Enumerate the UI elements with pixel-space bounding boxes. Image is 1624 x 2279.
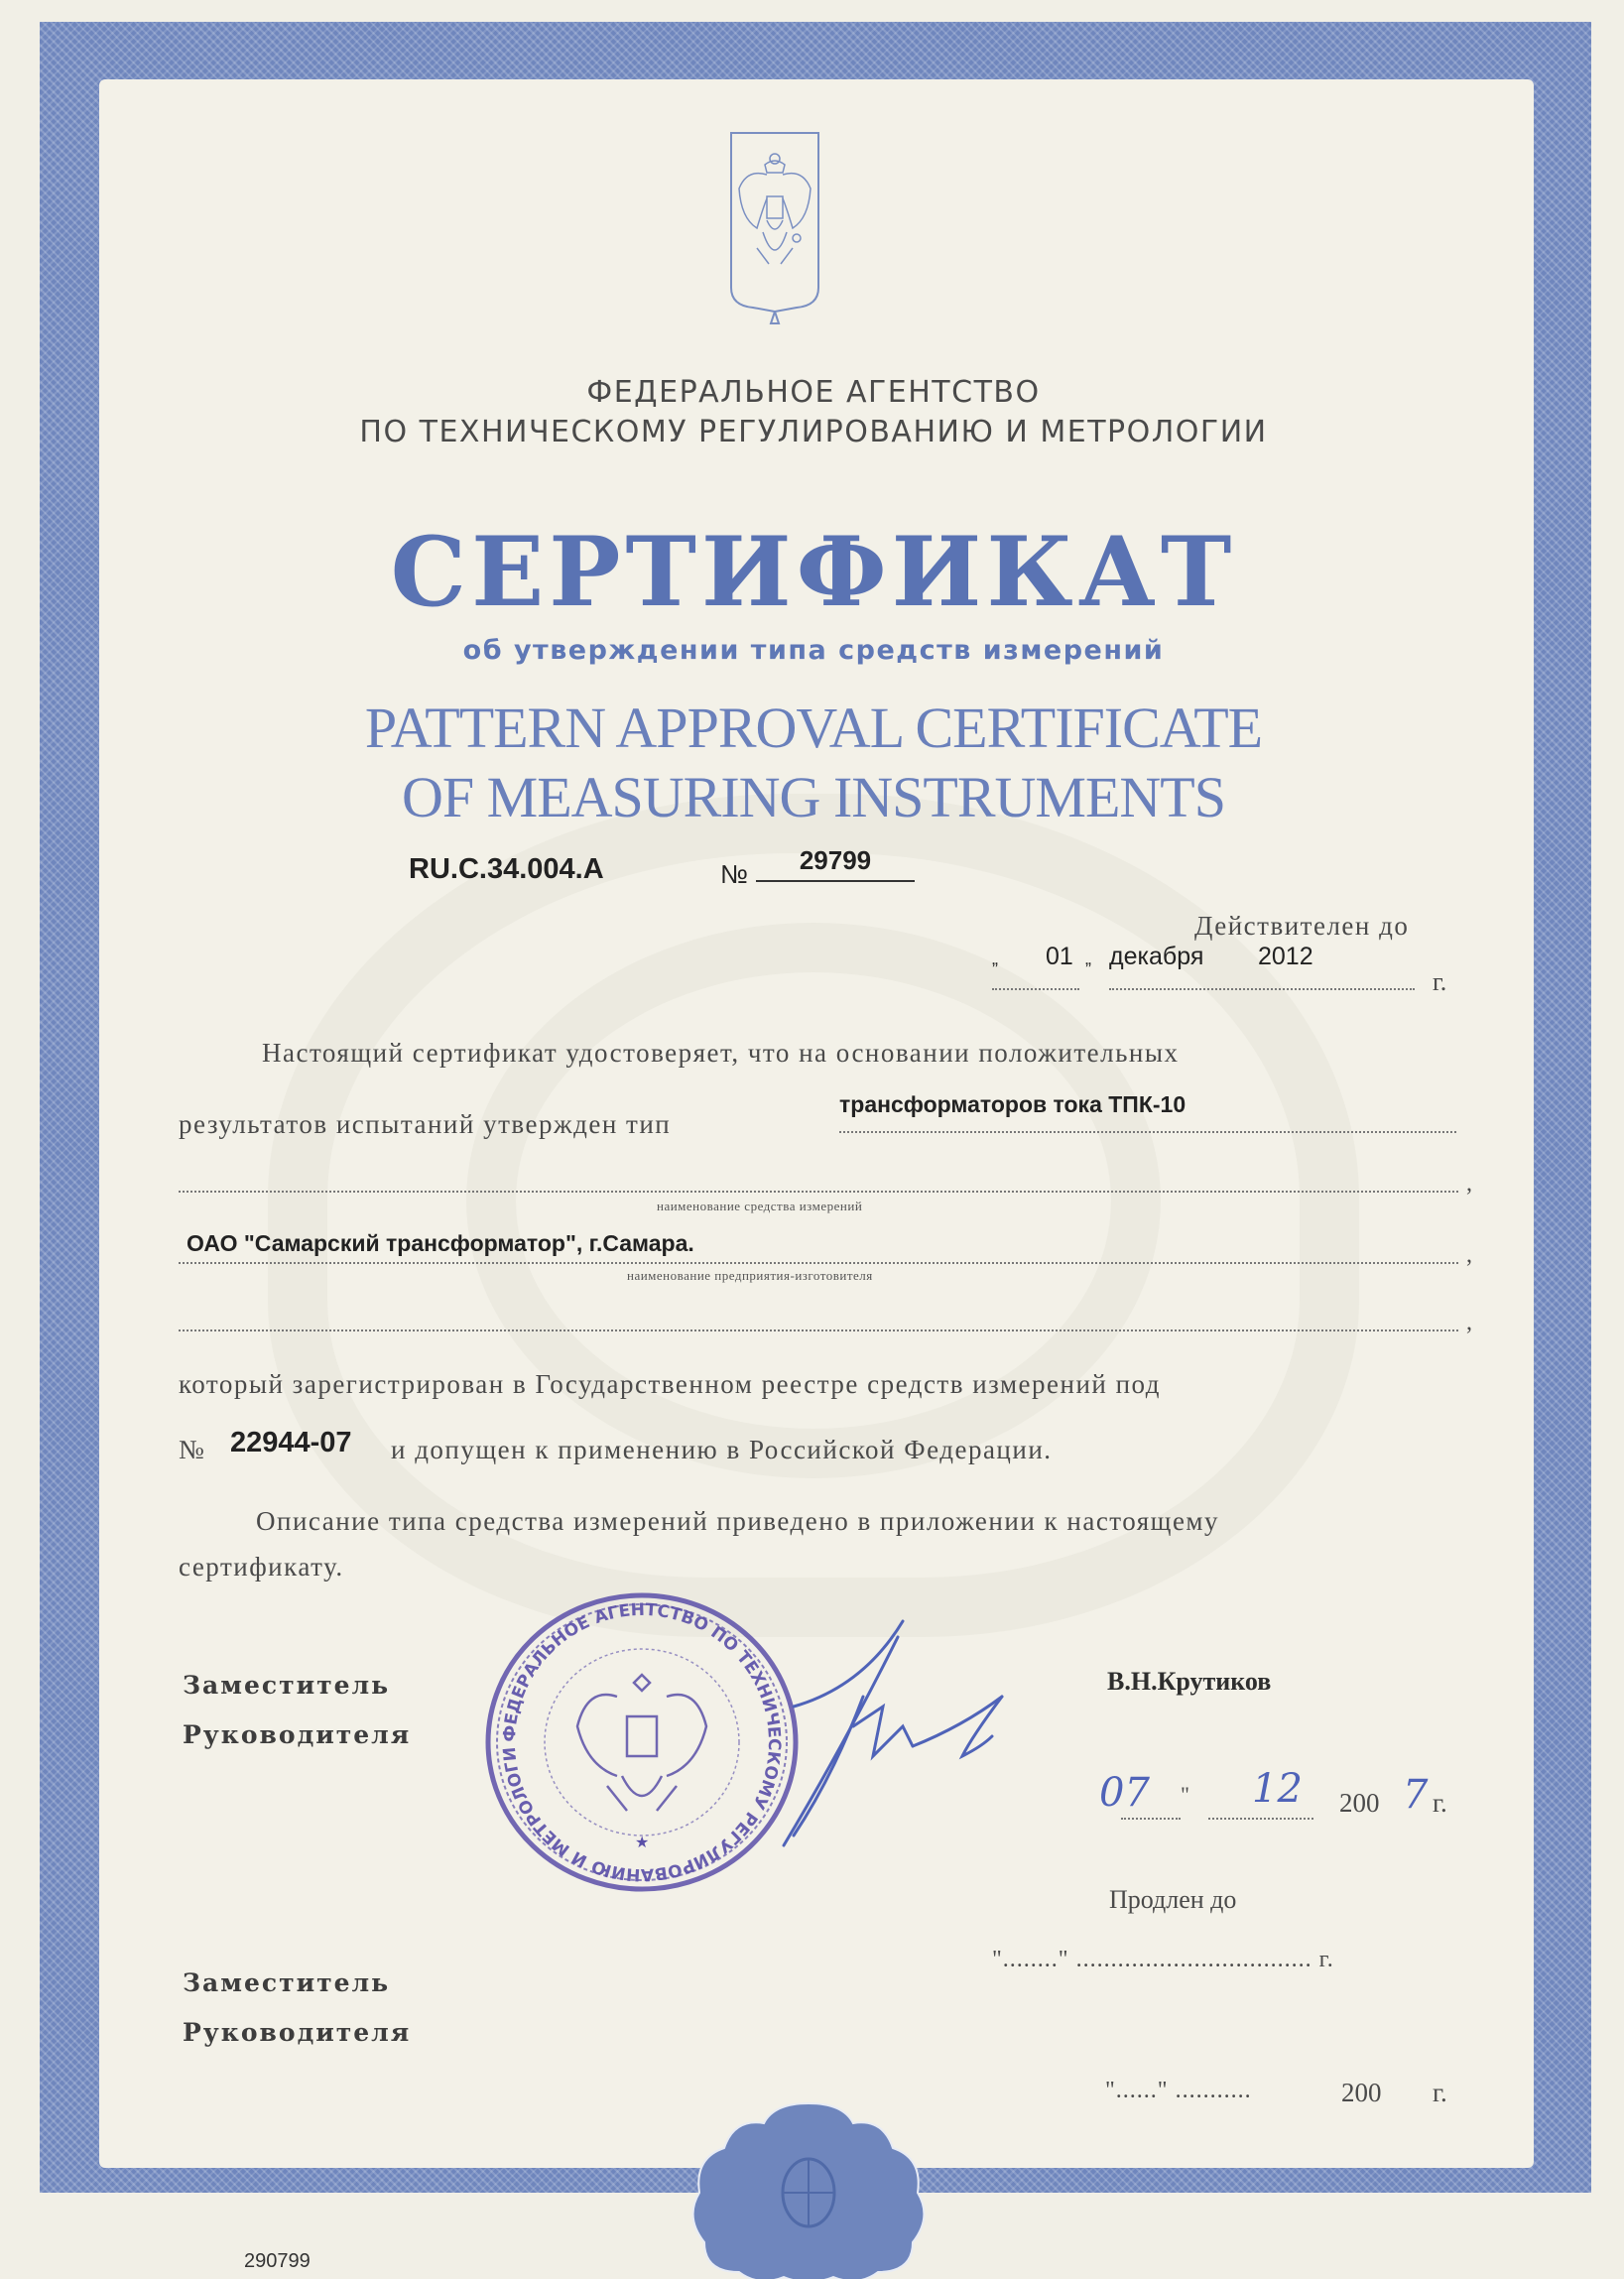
registry-line: который зарегистрирован в Государственно… bbox=[179, 1369, 1161, 1400]
instrument-dots-2 bbox=[179, 1191, 1458, 1193]
valid-close-quote: „ bbox=[1085, 949, 1091, 969]
valid-month: декабря bbox=[1109, 943, 1203, 971]
signed-month: 12 bbox=[1252, 1766, 1303, 1812]
signed-year-prefix: 200 bbox=[1339, 1788, 1380, 1819]
certificate-number: 29799 bbox=[756, 845, 915, 882]
agency-name-line1: ФЕДЕРАЛЬНОЕ АГЕНТСТВО bbox=[198, 375, 1429, 410]
number-sign: № bbox=[720, 859, 748, 890]
valid-until-label: Действителен до bbox=[1194, 911, 1409, 942]
signed-year-digit: 7 bbox=[1403, 1772, 1428, 1818]
russian-coat-of-arms-icon bbox=[727, 129, 822, 327]
signer-title-line2: Руководителя bbox=[183, 1720, 411, 1749]
manufacturer-name: ОАО "Самарский трансформатор", г.Самара. bbox=[187, 1230, 694, 1257]
valid-year: 2012 bbox=[1258, 943, 1313, 971]
body-line1: Настоящий сертификат удостоверяет, что н… bbox=[262, 1038, 1180, 1069]
manufacturer-caption: наименование предприятия-изготовителя bbox=[627, 1268, 873, 1284]
document-title: СЕРТИФИКАТ bbox=[198, 516, 1429, 628]
svg-text:★: ★ bbox=[635, 1833, 649, 1851]
handwritten-signature bbox=[774, 1587, 1071, 1865]
signed-day-quote: " bbox=[1181, 1782, 1189, 1808]
manufacturer-dots-2 bbox=[179, 1329, 1458, 1331]
valid-year-suffix: г. bbox=[1433, 967, 1446, 997]
signed-day: 07 bbox=[1099, 1770, 1150, 1816]
extended-until-label: Продлен до bbox=[1109, 1885, 1236, 1915]
official-stamp: ФЕДЕРАЛЬНОЕ АГЕНТСТВО ПО ТЕХНИЧЕСКОМУ РЕ… bbox=[478, 1587, 806, 1897]
instrument-name: трансформаторов тока ТПК-10 bbox=[839, 1091, 1186, 1118]
instrument-dots bbox=[839, 1131, 1456, 1133]
signer2-date-template: "......" ........... bbox=[1105, 2078, 1252, 2104]
signer2-title-line1: Заместитель bbox=[183, 1968, 390, 1997]
signer2-title-line2: Руководителя bbox=[183, 2018, 411, 2047]
extended-date-template: "........" .............................… bbox=[992, 1947, 1334, 1973]
valid-date-dots bbox=[1109, 988, 1415, 990]
document-subtitle: об утверждении типа средств измерений bbox=[198, 635, 1429, 666]
registry-number-sign: № bbox=[179, 1435, 204, 1465]
signer-name: В.Н.Крутиков bbox=[1107, 1667, 1271, 1697]
english-title-line2: OF MEASURING INSTRUMENTS bbox=[198, 764, 1429, 830]
comma-3: , bbox=[1466, 1310, 1472, 1336]
description-line1: Описание типа средства измерений приведе… bbox=[256, 1506, 1219, 1537]
description-line2: сертификату. bbox=[179, 1552, 344, 1583]
signer2-date-year: 200 bbox=[1341, 2078, 1382, 2108]
signed-day-dots bbox=[1121, 1818, 1181, 1820]
comma-1: , bbox=[1466, 1171, 1472, 1198]
signer-title-line1: Заместитель bbox=[183, 1671, 390, 1700]
valid-day-dots bbox=[992, 988, 1079, 990]
registry-number: 22944-07 bbox=[230, 1427, 352, 1459]
form-serial-number: 290799 bbox=[244, 2250, 311, 2273]
valid-day: 01 bbox=[1046, 943, 1073, 971]
signed-year-suffix: г. bbox=[1433, 1788, 1447, 1819]
valid-open-quote: „ bbox=[992, 949, 998, 969]
body-line2-prefix: результатов испытаний утвержден тип bbox=[179, 1109, 671, 1140]
signed-month-dots bbox=[1208, 1818, 1313, 1820]
certificate-code: RU.C.34.004.A bbox=[409, 853, 604, 886]
comma-2: , bbox=[1466, 1242, 1472, 1269]
english-title-line1: PATTERN APPROVAL CERTIFICATE bbox=[198, 695, 1429, 761]
instrument-caption: наименование средства измерений bbox=[657, 1199, 862, 1214]
registry-suffix: и допущен к применению в Российской Феде… bbox=[391, 1435, 1053, 1465]
signer2-date-suffix: г. bbox=[1433, 2078, 1447, 2108]
guilloche-seal-emblem bbox=[685, 2098, 933, 2279]
agency-name-line2: ПО ТЕХНИЧЕСКОМУ РЕГУЛИРОВАНИЮ И МЕТРОЛОГ… bbox=[198, 415, 1429, 449]
manufacturer-dots bbox=[179, 1262, 1458, 1264]
